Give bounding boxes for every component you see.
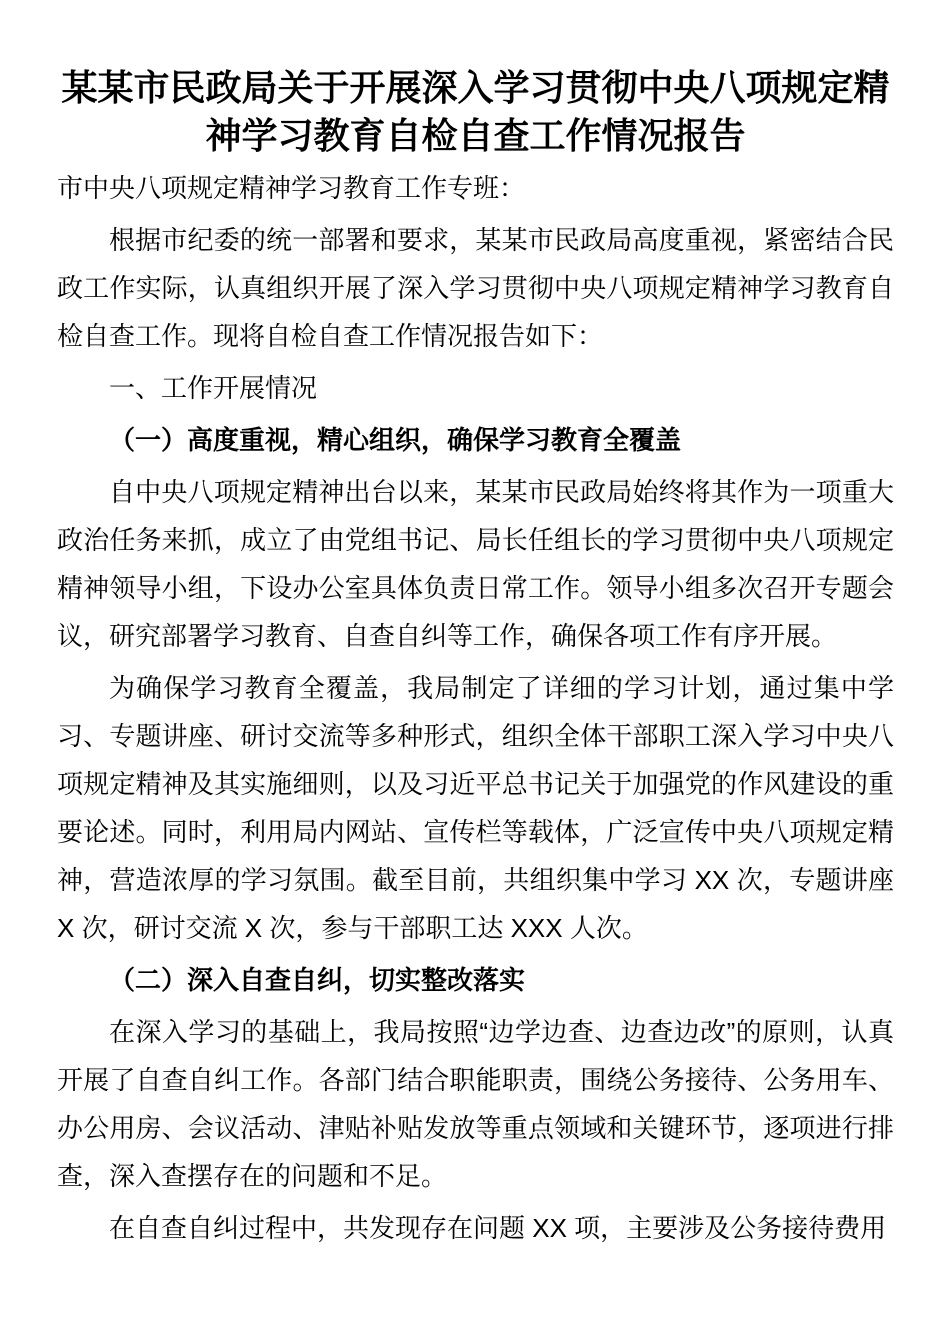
paragraph-self-inspection: 在深入学习的基础上，我局按照“边学边查、边查边改”的原则，认真开展了自查自纠工作… — [57, 1008, 894, 1200]
paragraph-intro: 根据市纪委的统一部署和要求，某某市民政局高度重视，紧密结合民政工作实际，认真组织… — [57, 216, 894, 360]
document-page: 某某市民政局关于开展深入学习贯彻中央八项规定精神学习教育自检自查工作情况报告 市… — [0, 0, 950, 1344]
heading-subsection-1-1: （一）高度重视，精心组织，确保学习教育全覆盖 — [57, 416, 894, 464]
salutation-line: 市中央八项规定精神学习教育工作专班： — [57, 164, 894, 212]
heading-section-1: 一、工作开展情况 — [57, 364, 894, 412]
heading-subsection-1-2: （二）深入自查自纠，切实整改落实 — [57, 956, 894, 1004]
paragraph-leadership-group: 自中央八项规定精神出台以来，某某市民政局始终将其作为一项重大政治任务来抓，成立了… — [57, 468, 894, 660]
paragraph-study-plan: 为确保学习教育全覆盖，我局制定了详细的学习计划，通过集中学习、专题讲座、研讨交流… — [57, 664, 894, 952]
document-title: 某某市民政局关于开展深入学习贯彻中央八项规定精神学习教育自检自查工作情况报告 — [57, 64, 894, 160]
paragraph-problems-found: 在自查自纠过程中，共发现存在问题 XX 项，主要涉及公务接待费用 — [57, 1204, 894, 1252]
